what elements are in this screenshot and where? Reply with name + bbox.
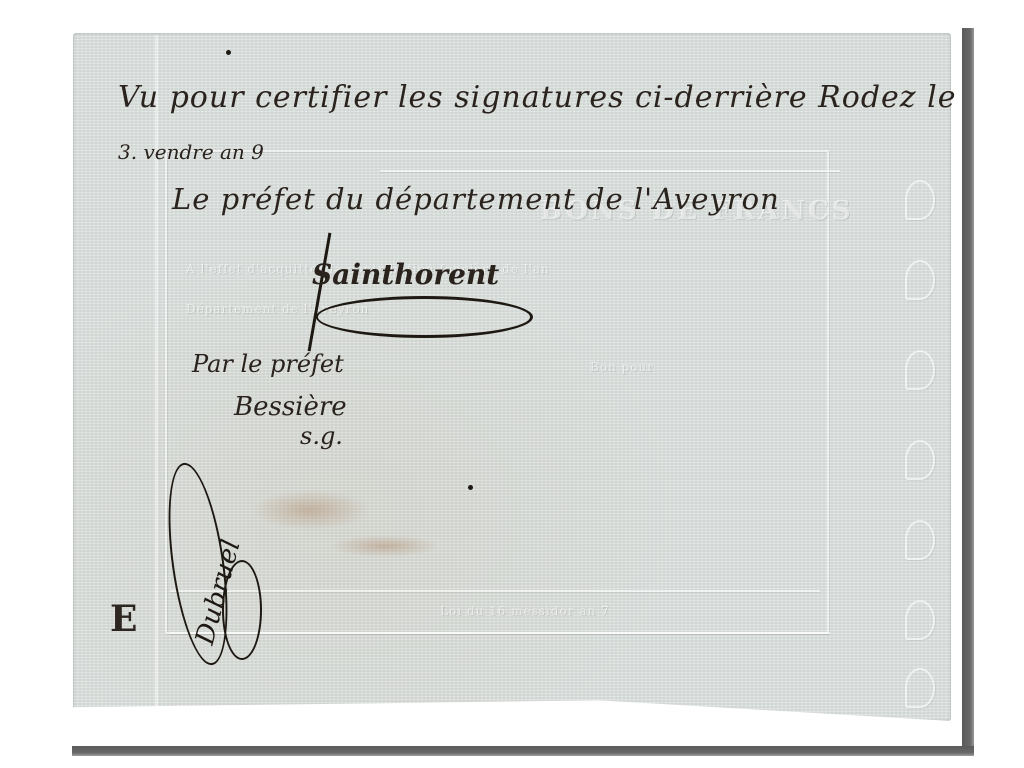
embossed-rule-top [380,170,840,172]
page-shadow-bottom [72,746,974,756]
handwritten-attestation-line-1: Vu pour certifier les signatures ci-derr… [118,80,956,115]
ink-dot [468,485,473,490]
embossed-scroll-ornament-icon [905,260,935,300]
embossed-line-c: Bon pour [590,360,654,374]
page-shadow-right [962,28,974,750]
embossed-scroll-ornament-icon [905,180,935,220]
stamp-letter: E [110,598,137,640]
embossed-scroll-ornament-icon [905,520,935,560]
handwritten-date-line: 3. vendre an 9 [118,140,264,164]
embossed-scroll-ornament-icon [905,668,935,708]
embossed-scroll-ornament-icon [905,440,935,480]
secretary-signature: Bessière [234,392,347,422]
fold-crease [155,35,158,715]
embossed-scroll-ornament-icon [905,600,935,640]
handwritten-prefect-title: Le préfet du département de l'Aveyron [172,182,780,216]
ink-stain [330,535,440,557]
embossed-scroll-ornament-icon [905,350,935,390]
embossed-rule-footer-bottom [170,632,830,634]
ink-dot [226,50,231,55]
embossed-rule-footer-top [170,590,820,592]
countersign-label: Par le préfet [192,350,344,378]
ink-stain [250,490,370,530]
secretary-flourish: s.g. [300,422,343,450]
signature-paraph-oval [316,296,533,338]
embossed-footer: Loi du 16 messidor an 7 [440,604,610,618]
prefect-signature: Sainthorent [312,258,499,291]
